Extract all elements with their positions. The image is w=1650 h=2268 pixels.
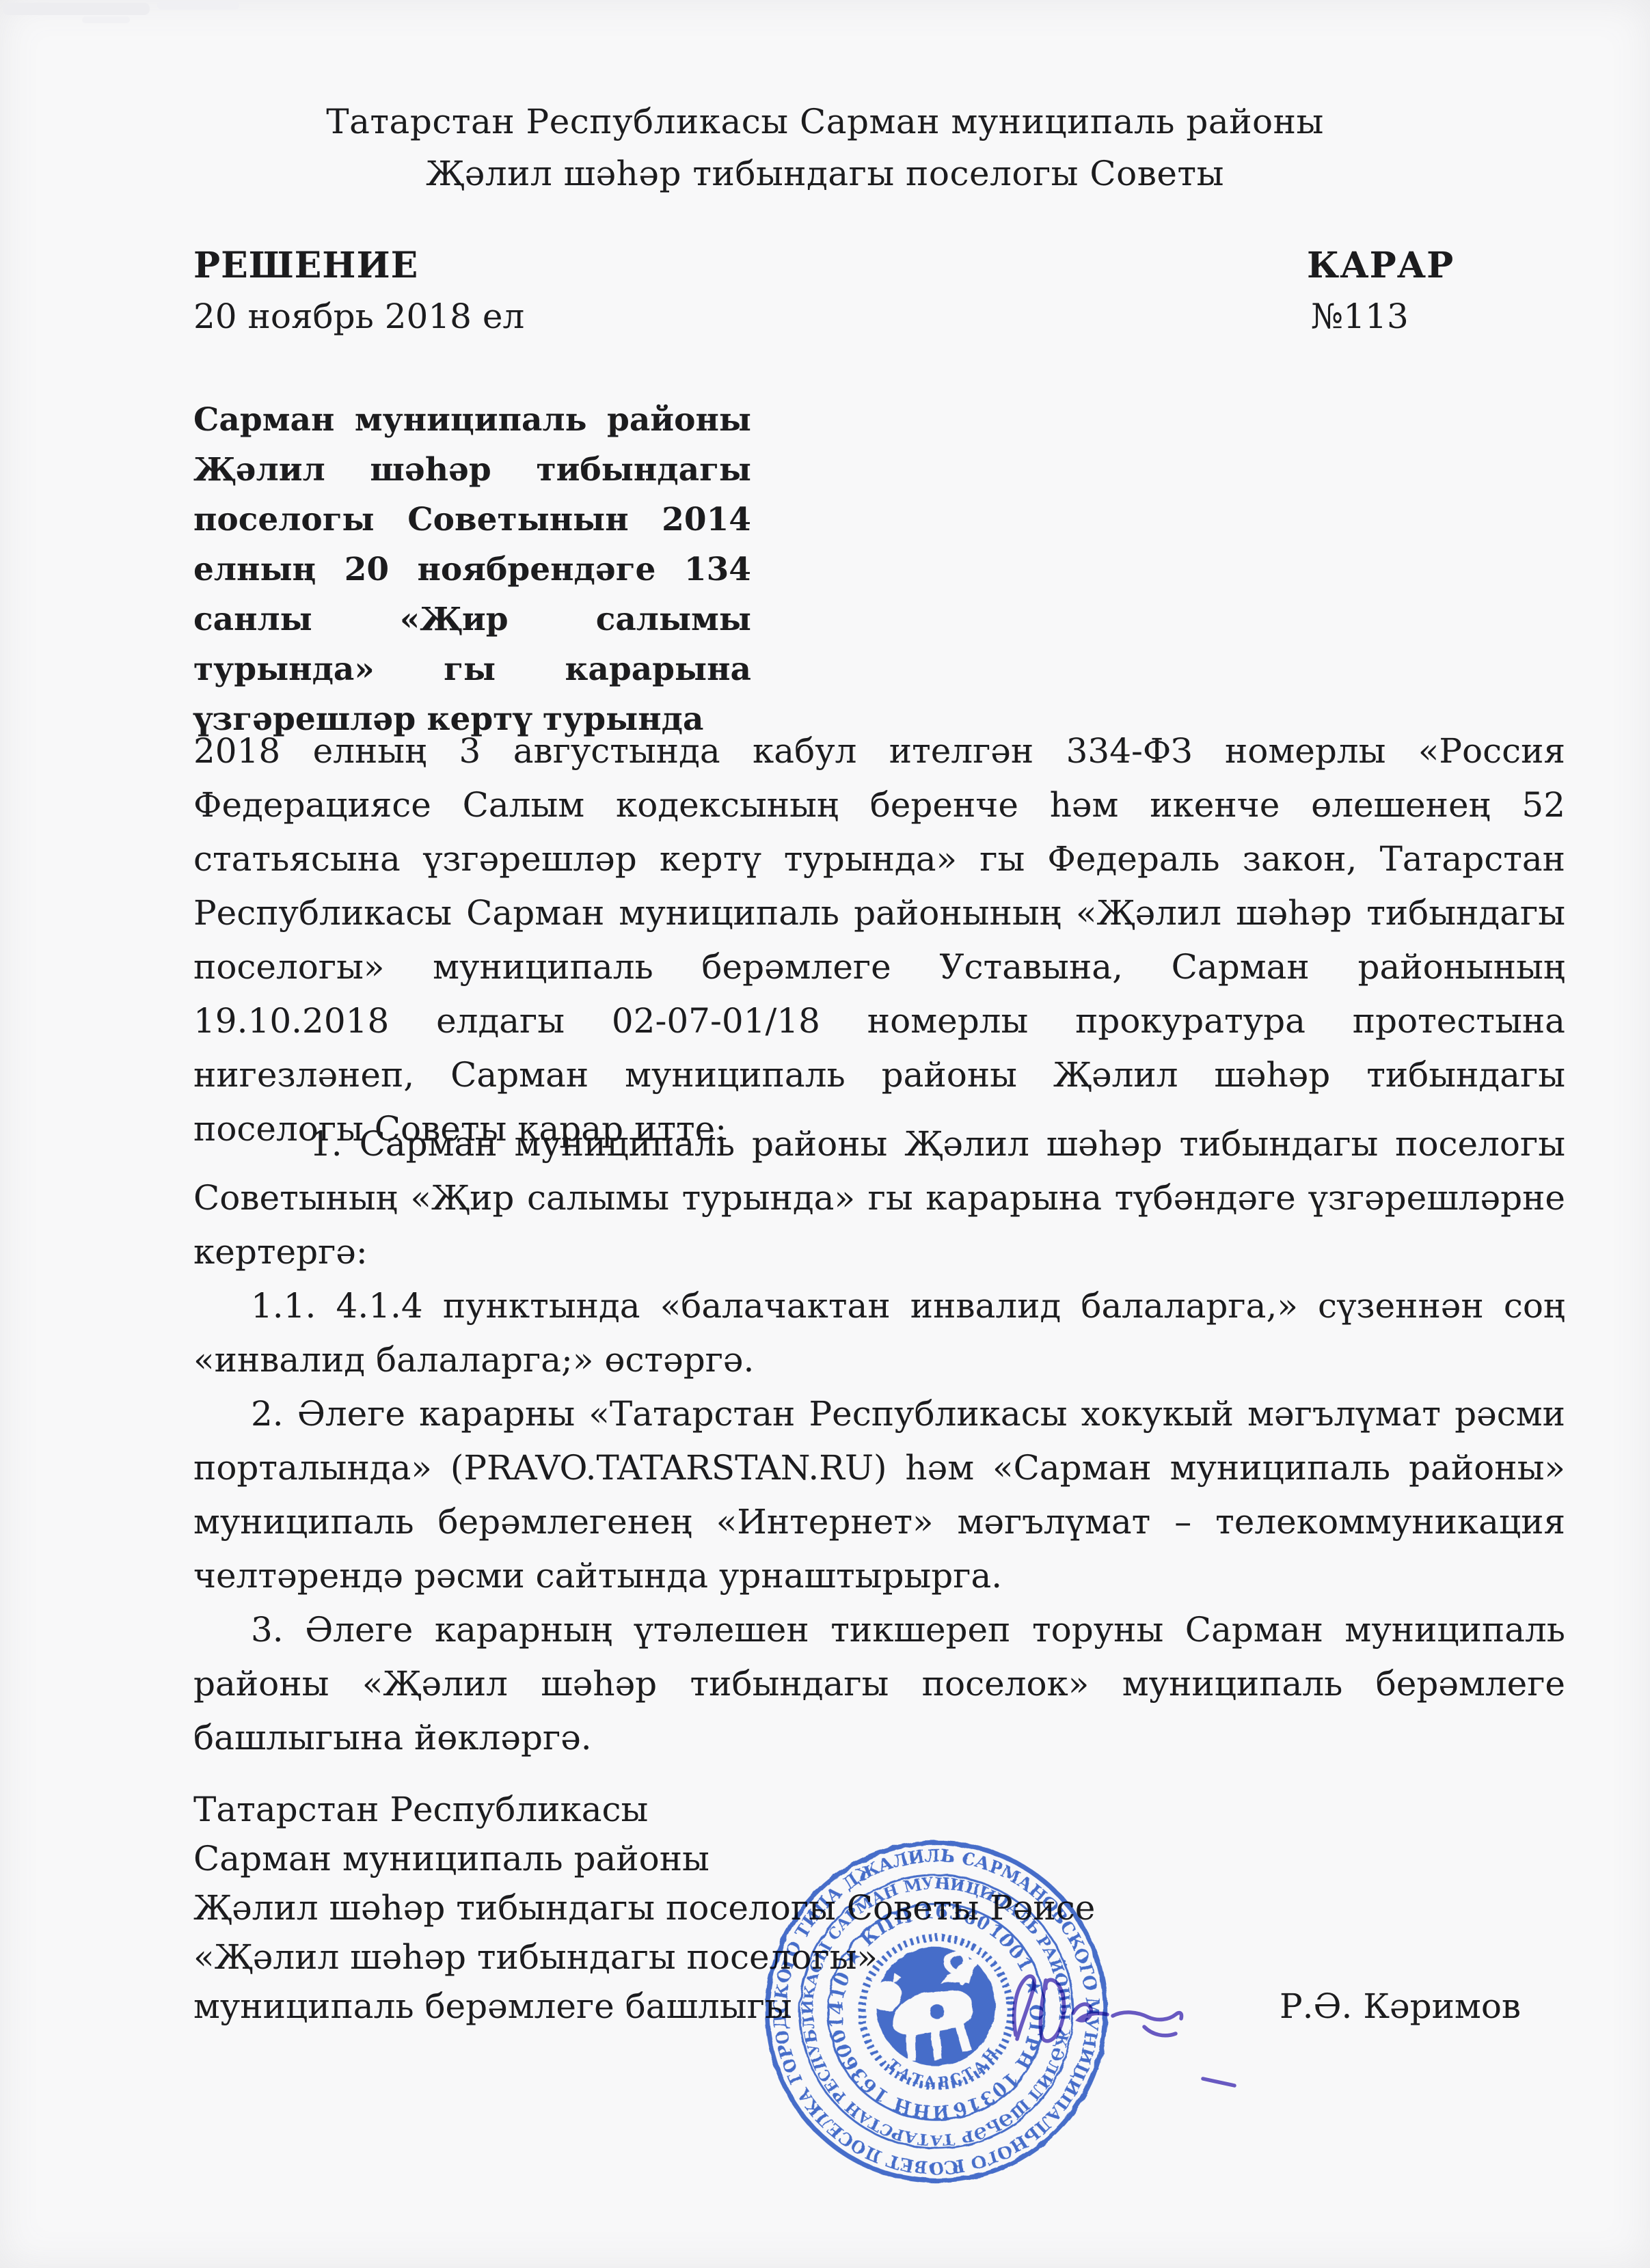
- subject-block: Сарман муниципаль районы Җәлил шәһәр тиб…: [193, 395, 751, 744]
- document-page: Татарстан Республикасы Сарман муниципаль…: [0, 0, 1650, 2268]
- intro-paragraph: 2018 елның 3 августында кабул ителгән 33…: [193, 724, 1565, 1156]
- letterhead-line1: Татарстан Республикасы Сарман муниципаль…: [0, 96, 1650, 148]
- decision-date: 20 ноябрь 2018 ел: [193, 291, 524, 342]
- scan-artifact: [82, 16, 130, 23]
- scan-artifact: [157, 1, 239, 10]
- decision-label: РЕШЕНИЕ: [193, 241, 418, 291]
- item-3: 3. Әлеге карарның үтәлешен тикшереп тору…: [193, 1603, 1565, 1765]
- item-1: 1. Сарман муниципаль районы Җәлил шәһәр …: [193, 1117, 1565, 1279]
- letterhead-line2: Җәлил шәһәр тибындагы поселогы Советы: [0, 148, 1650, 200]
- resolution-label: КАРАР: [1307, 241, 1454, 291]
- resolution-number: №113: [1311, 291, 1409, 342]
- scan-artifact: [3, 3, 150, 15]
- signer-name: Р.Ә. Кәримов: [1280, 1982, 1521, 2031]
- decision-items: 1. Сарман муниципаль районы Җәлил шәһәр …: [193, 1117, 1565, 1765]
- item-1-1: 1.1. 4.1.4 пунктында «балачактан инвалид…: [193, 1279, 1565, 1387]
- handwritten-signature: [976, 1945, 1263, 2102]
- item-2: 2. Әлеге карарны «Татарстан Республикасы…: [193, 1387, 1565, 1603]
- letterhead: Татарстан Республикасы Сарман муниципаль…: [0, 96, 1650, 200]
